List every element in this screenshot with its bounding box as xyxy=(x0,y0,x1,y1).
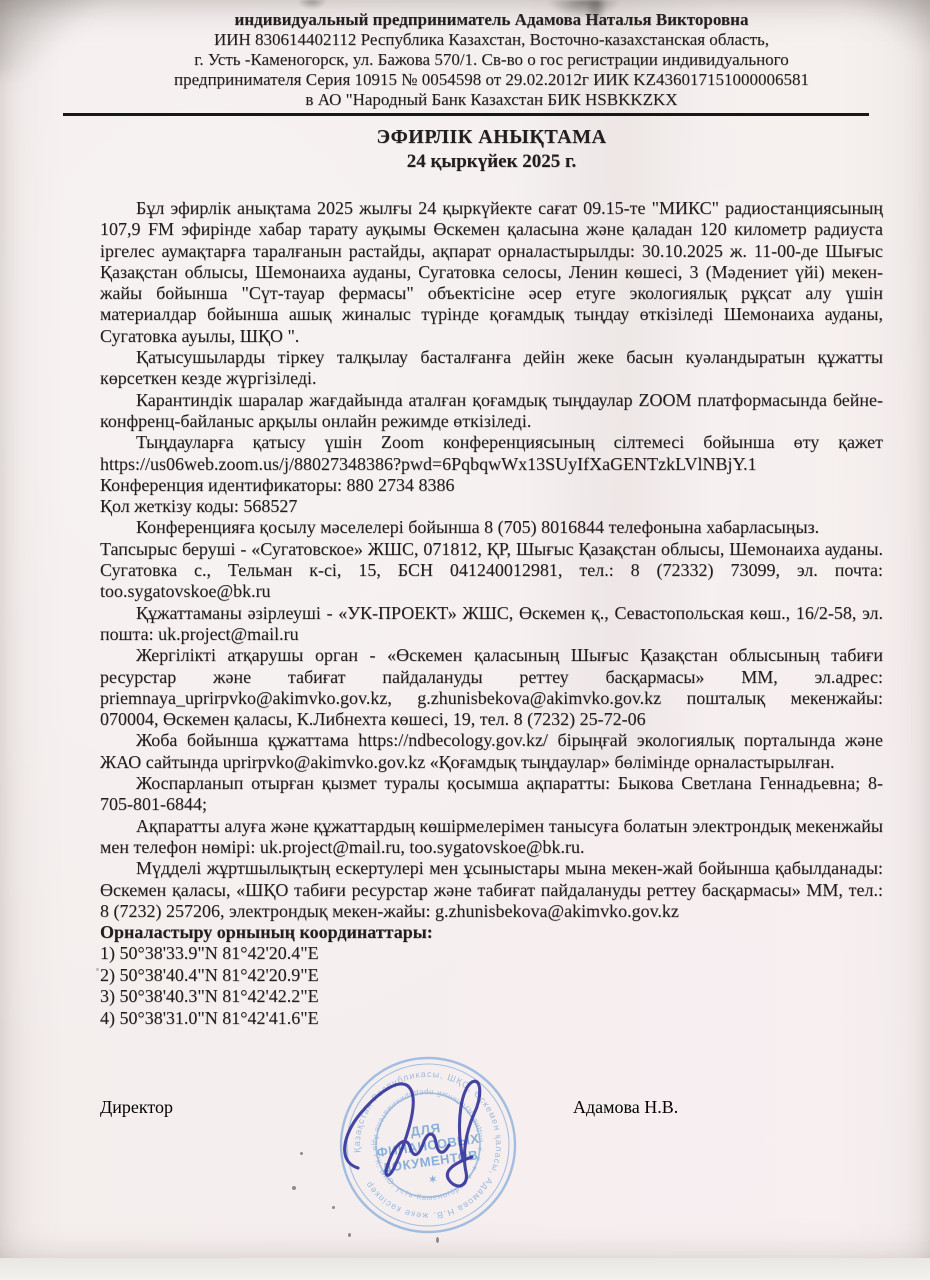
body-text: Бұл эфирлік анықтама 2025 жылғы 24 қыркү… xyxy=(100,198,883,1029)
letterhead-line: в АО "Народный Банк Казахстан БИК HSBKKZ… xyxy=(100,90,883,110)
coordinates-heading: Орналастыру орнының координаттары: xyxy=(100,922,883,943)
ink-speck xyxy=(332,1206,335,1209)
signatory-name: Адамова Н.В. xyxy=(573,1097,678,1118)
handwritten-signature xyxy=(330,1050,530,1200)
coordinate-line: 1) 50°38'33.9"N 81°42'20.4"E xyxy=(100,943,883,964)
paragraph-registration: Қатысушыларды тіркеу талқылау басталғанғ… xyxy=(100,347,883,390)
ink-speck xyxy=(96,968,99,971)
paragraph-local-authority: Жергілікті атқарушы орган - «Өскемен қал… xyxy=(100,645,883,730)
coordinate-line: 3) 50°38'40.3"N 81°42'42.2"E xyxy=(100,986,883,1007)
ink-speck xyxy=(348,1233,351,1237)
letterhead-line: предпринимателя Серия 10915 № 0054598 от… xyxy=(100,70,883,90)
document-content: индивидуальный предприниматель Адамова Н… xyxy=(100,0,883,1029)
letterhead-line: ИИН 830614402112 Республика Казахстан, В… xyxy=(100,30,883,50)
coordinate-line: 4) 50°38'31.0"N 81°42'41.6"E xyxy=(100,1008,883,1029)
paragraph-copies-contact: Ақпаратты алуға және құжаттардың көшірме… xyxy=(100,816,883,859)
paragraph-broadcast-confirmation: Бұл эфирлік анықтама 2025 жылғы 24 қыркү… xyxy=(100,198,883,347)
photo-background-edge xyxy=(0,1258,930,1280)
coordinate-line: 2) 50°38'40.4"N 81°42'20.9"E xyxy=(100,965,883,986)
paragraph-customer: Тапсырыс беруші - «Сугатовское» ЖШС, 071… xyxy=(100,539,883,603)
ink-speck xyxy=(300,1152,303,1155)
paragraph-public-comments: Мүдделі жұртшылықтың ескертулері мен ұсы… xyxy=(100,858,883,922)
letterhead: индивидуальный предприниматель Адамова Н… xyxy=(100,0,883,110)
director-label: Директор xyxy=(100,1097,173,1117)
paragraph-project-portal: Жоба бойынша құжаттама https://ndbecolog… xyxy=(100,730,883,773)
ink-speck xyxy=(436,1237,439,1243)
paragraph-additional-info: Жоспарланып отырған қызмет туралы қосымш… xyxy=(100,773,883,816)
letterhead-line: г. Усть -Каменогорск, ул. Бажова 570/1. … xyxy=(100,50,883,70)
paragraph-contact-phone: Конференцияға қосылу мәселелері бойынша … xyxy=(100,517,883,538)
header-divider xyxy=(63,113,869,116)
letterhead-line: индивидуальный предприниматель Адамова Н… xyxy=(100,10,883,30)
paragraph-access-code: Қол жеткізу коды: 568527 xyxy=(100,496,883,517)
paragraph-developer: Құжаттаманы әзірлеуші - «УК-ПРОЕКТ» ЖШС,… xyxy=(100,603,883,646)
page-title: ЭФИРЛІК АНЫҚТАМА xyxy=(100,126,883,149)
ink-speck xyxy=(292,1186,296,1190)
paragraph-conference-id: Конференция идентификаторы: 880 2734 838… xyxy=(100,475,883,496)
paragraph-quarantine: Карантиндік шаралар жағдайында аталған қ… xyxy=(100,390,883,433)
scanned-document-photo: { "document_type": "scanned official let… xyxy=(0,0,930,1280)
paragraph-zoom-link: Тыңдауларға қатысу үшін Zoom конференция… xyxy=(100,432,883,475)
document-date: 24 қыркүйек 2025 г. xyxy=(100,151,883,173)
coordinates-list: 1) 50°38'33.9"N 81°42'20.4"E 2) 50°38'40… xyxy=(100,943,883,1029)
